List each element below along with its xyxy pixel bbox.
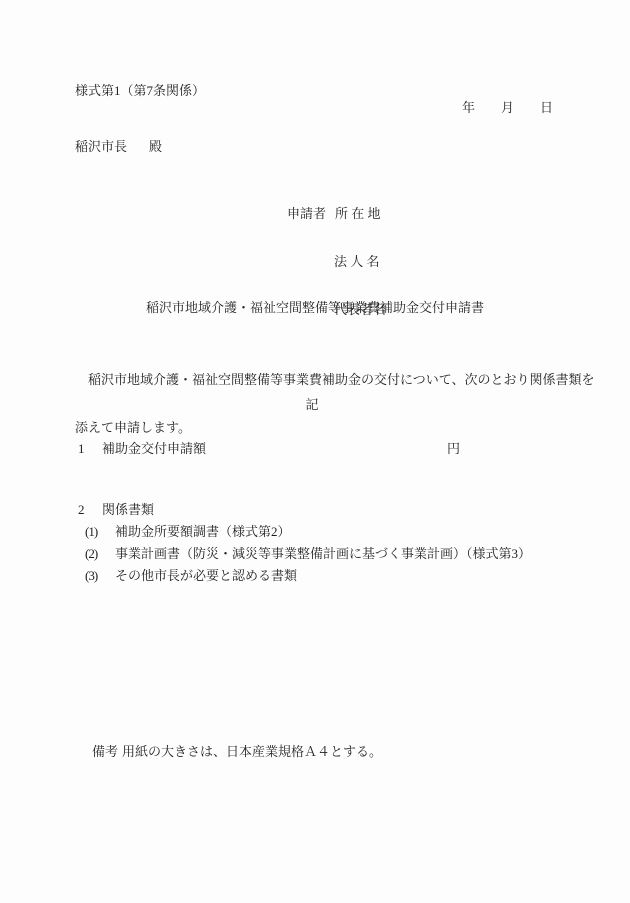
addressee-line: 稲沢市長 殿 — [75, 140, 162, 153]
attachment-1-number: (1) — [85, 525, 97, 538]
applicant-row: 申請者 所 在 地 — [287, 207, 386, 220]
note-label: 備考 — [92, 745, 118, 758]
attachment-1-text: 補助金所要額調書（様式第2） — [115, 525, 291, 538]
form-number: 様式第1（第7条関係） — [75, 84, 205, 97]
applicant-block: 申請者 所 在 地 法 人 名 代表者名 — [287, 181, 386, 351]
attachment-2-number: (2) — [85, 547, 97, 560]
addressee-honorific: 殿 — [149, 140, 162, 153]
document-title: 稲沢市地域介護・福祉空間整備等事業費補助金交付申請書 — [0, 301, 630, 314]
addressee-name: 稲沢市長 — [75, 140, 127, 153]
attachment-2-text: 事業計画書（防災・減災等事業整備計画に基づく事業計画）（様式第3） — [115, 547, 531, 560]
date-year-label: 年 — [462, 101, 475, 114]
note-text: 用紙の大きさは、日本産業規格Ａ４とする。 — [122, 745, 382, 758]
attachment-3-number: (3) — [85, 569, 97, 582]
date-line: 年 月 日 — [462, 101, 553, 114]
item-1-label: 補助金交付申請額 — [102, 442, 206, 455]
body-line: 添えて申請します。 — [75, 417, 595, 439]
date-month-label: 月 — [501, 101, 514, 114]
attachment-3-text: その他市長が必要と認める書類 — [115, 569, 297, 582]
date-day-label: 日 — [540, 101, 553, 114]
item-1-unit-yen: 円 — [447, 442, 460, 455]
item-1-number: 1 — [78, 442, 85, 455]
item-2-number: 2 — [78, 503, 85, 516]
body-line: 稲沢市地域介護・福祉空間整備等事業費補助金の交付について、次のとおり関係書類を — [75, 369, 595, 391]
applicant-label: 申請者 — [287, 207, 326, 220]
item-2-label: 関係書類 — [102, 503, 154, 516]
applicant-row: 法 人 名 — [287, 255, 386, 268]
applicant-field-address: 所 在 地 — [335, 207, 381, 220]
document-page: 様式第1（第7条関係） 年 月 日 稲沢市長 殿 申請者 所 在 地 法 人 名… — [0, 0, 630, 903]
record-marker: 記 — [0, 398, 624, 411]
applicant-field-corporate-name: 法 人 名 — [334, 255, 380, 268]
